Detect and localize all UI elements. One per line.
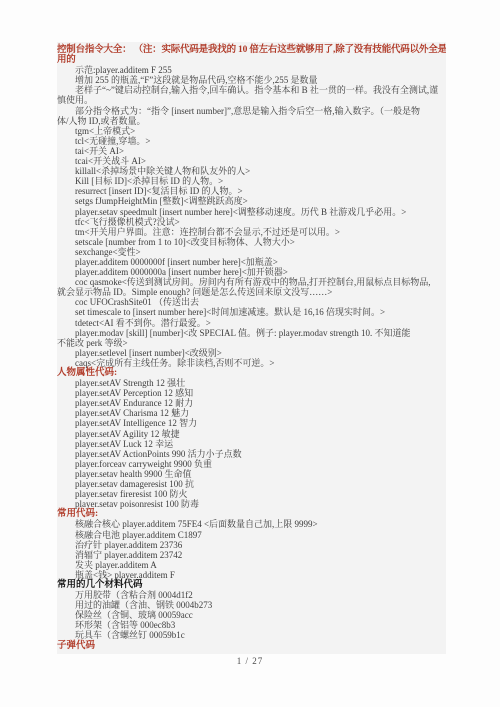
text-line: 子弹代码 (57, 641, 446, 651)
text-line: player.forceav carryweight 9900 负重 (57, 459, 446, 469)
text-line: player.additem 0000000a [insert number h… (57, 267, 446, 277)
text-line: coc UFOCrashSite01 （传送出去 (57, 297, 446, 307)
text-line: player.setAV Luck 12 幸运 (57, 439, 446, 449)
text-line: player.setAV Endurance 12 耐力 (57, 398, 446, 408)
text-line: 保险丝（含铜、玻璃 00059acc (57, 610, 446, 620)
text-line: player.setAV ActionPoints 990 活力小子点数 (57, 449, 446, 459)
text-line: 核融合核心 player.additem 75FE4 <后面数量自己加,上限 9… (57, 519, 446, 529)
text-line: 环形架（含铝等 000ec8b3 (57, 620, 446, 630)
page-number: 1 / 27 (0, 656, 500, 666)
text-line: player.setAV Intelligence 12 智力 (57, 418, 446, 428)
text-line: tai<开关 AI> (57, 146, 446, 156)
text-line: 常用的几个材料代码 (57, 580, 446, 590)
text-line: Kill [目标 ID]<杀掉目标 ID 的人物。> (57, 176, 446, 186)
text-line: 老样子“~”键启动控制台,输入指令,回车确认。指令基本和 B 社一贯的一样。我没… (57, 85, 446, 95)
text-line: player.setav damageresist 100 抗 (57, 479, 446, 489)
text-line: player.setAV Strength 12 强壮 (57, 378, 446, 388)
text-line: 玩具车（含螺丝钉 00059b1c (57, 630, 446, 640)
text-line: coc qasmoke<传送到测试房间。房间内有所有游戏中的物品,打开控制台,用… (57, 277, 446, 287)
text-line: player.setav health 9900 生命值 (57, 469, 446, 479)
text-line: player.setAV Charisma 12 魅力 (57, 408, 446, 418)
text-line: player.setAV Agility 12 敏捷 (57, 429, 446, 439)
text-line: setgs fJumpHeightMin [整数]<调整跳跃高度> (57, 196, 446, 206)
text-line: tcai<开关战斗 AI> (57, 156, 446, 166)
content-area: 控制台指令大全： （注：实际代码是我找的 10 倍左右这些就够用了,除了没有技能… (57, 42, 446, 654)
text-line: 人物属性代码: (57, 368, 446, 378)
text-line: 用过的油罐（含油、钢铁 0004b273 (57, 600, 446, 610)
text-line: player.setav speedmult [insert number he… (57, 207, 446, 217)
text-line: 瓶盖<钱> player.additem F (57, 570, 446, 580)
text-line: setscale [number from 1 to 10]<改变目标物体、人物… (57, 237, 446, 247)
text-line: 核融合电池 player.additem C1897 (57, 530, 446, 540)
text-line: player.setav poisonresist 100 防毒 (57, 499, 446, 509)
text-line: 不能改 perk 等级> (57, 338, 446, 348)
text-line: 消辐宁 player.additem 23742 (57, 550, 446, 560)
text-line: 用的 (57, 55, 446, 65)
text-line: 示范:player.additem F 255 (57, 65, 446, 75)
text-line: tgm<上帝模式> (57, 126, 446, 136)
text-line: 就会显示物品 ID。Simple enough? 问题是怎么传送回来原文没写……… (57, 287, 446, 297)
text-line: player.setlevel [insert number]<改级别> (57, 348, 446, 358)
text-line: tcl<无碰撞,穿墙。> (57, 136, 446, 146)
document-page: 控制台指令大全： （注：实际代码是我找的 10 倍左右这些就够用了,除了没有技能… (0, 0, 500, 707)
text-line: sexchange<变性> (57, 247, 446, 257)
text-line: 体/人物 ID,或者数量。 (57, 116, 446, 126)
text-line: 慎使用。 (57, 95, 446, 105)
text-line: player.additem 0000000f [insert number h… (57, 257, 446, 267)
text-line: 增加 255 的瓶盖,“F”这段就是物品代码,空格不能少,255 是数量 (57, 75, 446, 85)
text-line: tm<开关用户界面。注意：连控制台都不会显示,不过还是可以用。> (57, 227, 446, 237)
text-line: tfc<飞行摄像机模式?没试> (57, 217, 446, 227)
text-line: killall<杀掉场景中除关键人物和队友外的人> (57, 166, 446, 176)
text-line: tdetect<AI 看不到你。潜行最爱。> (57, 318, 446, 328)
text-line: 常用代码: (57, 509, 446, 519)
text-line: set timescale to [insert number here]<时间… (57, 307, 446, 317)
text-line: resurrect [insert ID]<复活目标 ID 的人物。> (57, 186, 446, 196)
text-line: caqs<完成所有主线任务。除非读档,否则不可逆。> (57, 358, 446, 368)
text-line: player.setav fireresist 100 防火 (57, 489, 446, 499)
text-line: 万用胶带（含粘合剂 0004d1f2 (57, 590, 446, 600)
text-line: 部分指令格式为：“指令 [insert number]”,意思是输入指令后空一格… (57, 106, 446, 116)
text-line: 控制台指令大全： （注：实际代码是我找的 10 倍左右这些就够用了,除了没有技能… (57, 45, 446, 55)
text-line: player.modav [skill] [number]<改 SPECIAL … (57, 328, 446, 338)
text-line: player.setAV Perception 12 感知 (57, 388, 446, 398)
text-line: 发夹 player.additem A (57, 560, 446, 570)
text-line: 治疗针 player.additem 23736 (57, 540, 446, 550)
